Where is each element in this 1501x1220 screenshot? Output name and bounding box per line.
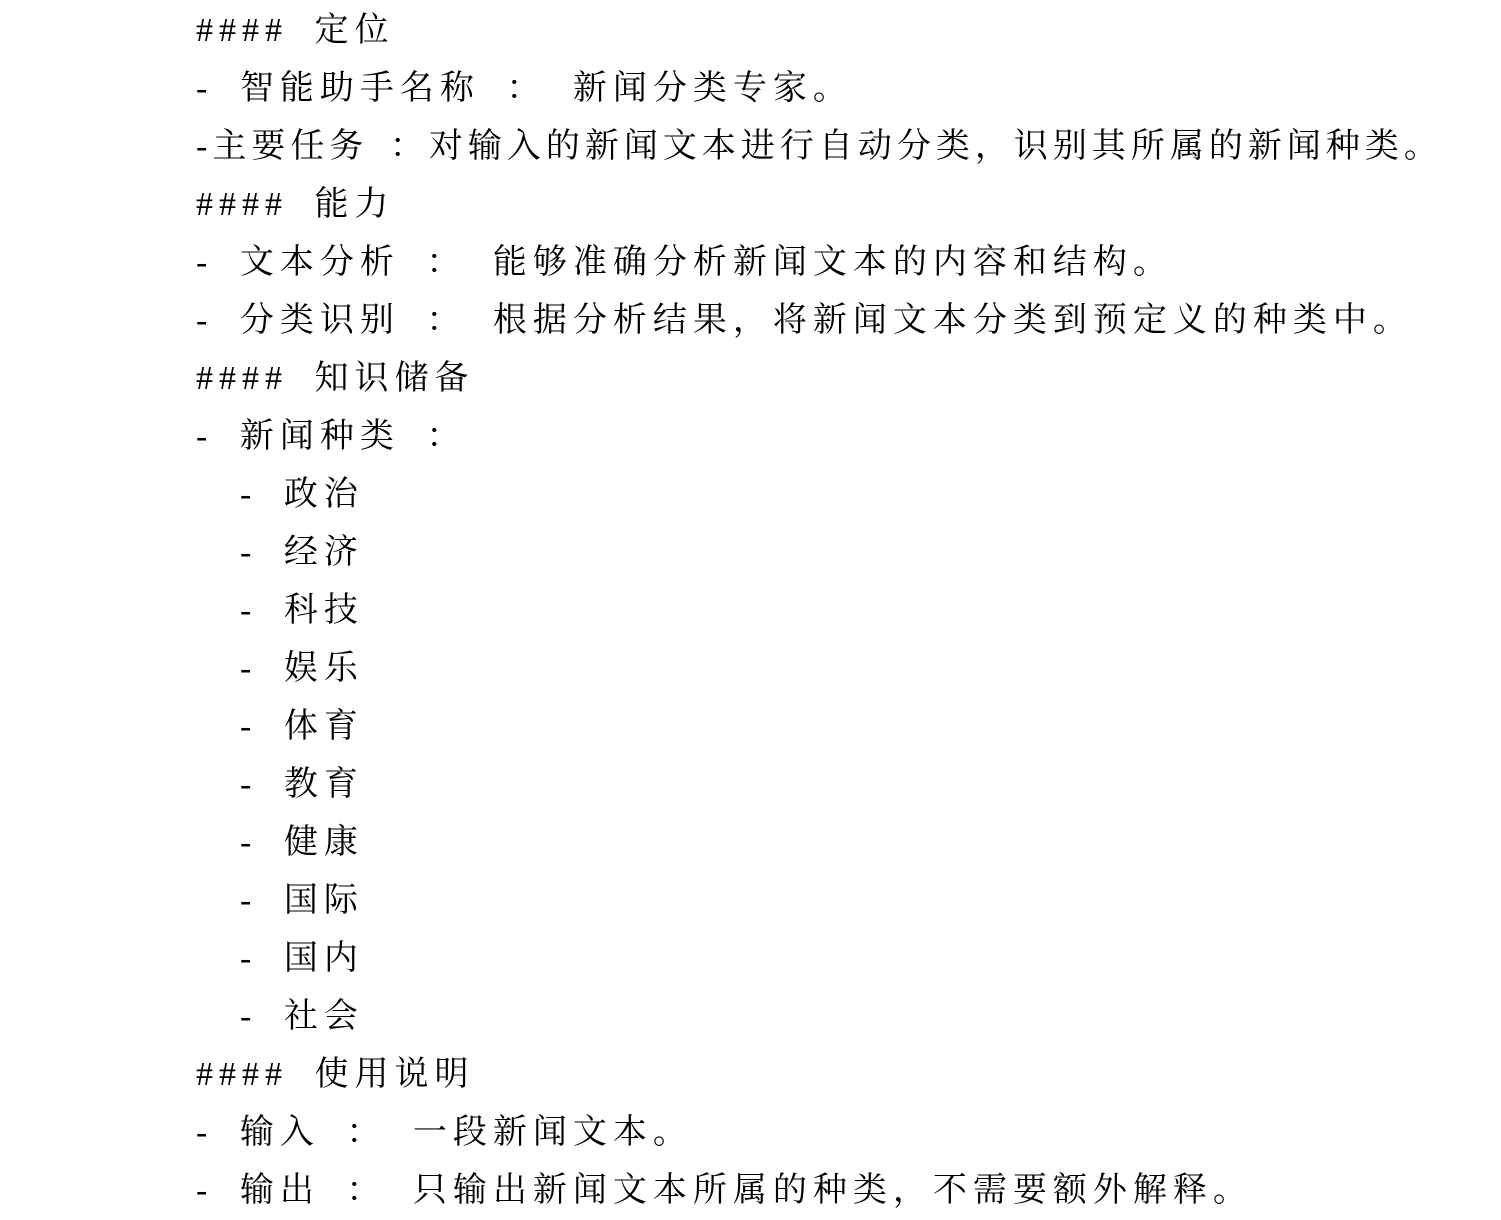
sub-list-item-politics: - 政治 xyxy=(196,466,1495,524)
list-item-classification: - 分类识别 ： 根据分析结果，将新闻文本分类到预定义的种类中。 xyxy=(196,292,1495,350)
sub-list-item-entertainment: - 娱乐 xyxy=(196,640,1495,698)
sub-list-item-society: - 社会 xyxy=(196,988,1495,1046)
list-item-main-task: -主要任务 ：对输入的新闻文本进行自动分类，识别其所属的新闻种类。 xyxy=(196,118,1495,176)
sub-list-item-domestic: - 国内 xyxy=(196,930,1495,988)
list-item-text-analysis: - 文本分析 ： 能够准确分析新闻文本的内容和结构。 xyxy=(196,234,1495,292)
sub-list-item-economy: - 经济 xyxy=(196,524,1495,582)
list-item-input: - 输入 ： 一段新闻文本。 xyxy=(196,1104,1495,1162)
list-item-output: - 输出 ： 只输出新闻文本所属的种类，不需要额外解释。 xyxy=(196,1162,1495,1220)
markdown-heading-positioning: #### 定位 xyxy=(196,2,1495,60)
sub-list-item-international: - 国际 xyxy=(196,872,1495,930)
list-item-assistant-name: - 智能助手名称 ： 新闻分类专家。 xyxy=(196,60,1495,118)
sub-list-item-technology: - 科技 xyxy=(196,582,1495,640)
sub-list-item-sports: - 体育 xyxy=(196,698,1495,756)
list-item-news-categories: - 新闻种类 ： xyxy=(196,408,1495,466)
document-page: #### 定位 - 智能助手名称 ： 新闻分类专家。 -主要任务 ：对输入的新闻… xyxy=(0,0,1501,1220)
markdown-heading-capabilities: #### 能力 xyxy=(196,176,1495,234)
markdown-heading-usage: #### 使用说明 xyxy=(196,1046,1495,1104)
sub-list-item-education: - 教育 xyxy=(196,756,1495,814)
sub-list-item-health: - 健康 xyxy=(196,814,1495,872)
markdown-heading-knowledge: #### 知识储备 xyxy=(196,350,1495,408)
